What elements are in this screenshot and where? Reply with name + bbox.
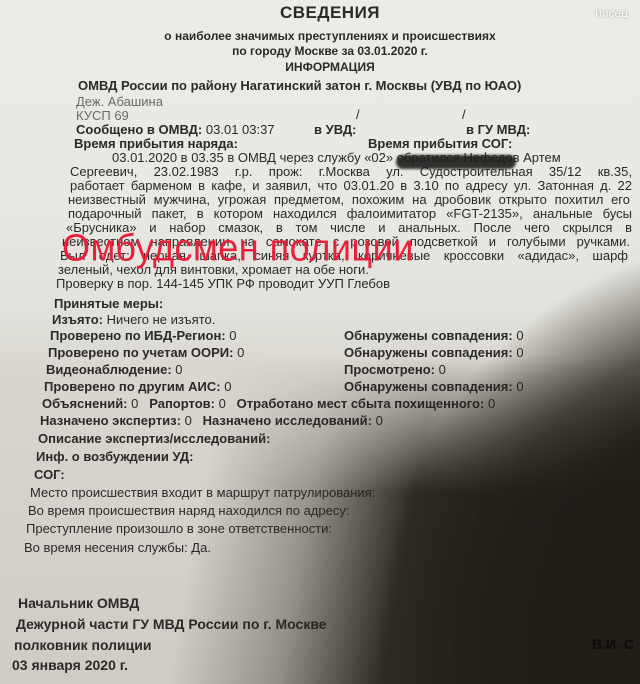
overlay-caption: Омбудсмен полиции [62,227,414,269]
patrol-line: Преступление произошло в зоне ответствен… [26,521,332,536]
reported-omvd-value: 03.01 03:37 [206,122,275,137]
duty-officer: Деж. Абашина [76,94,163,109]
reported-row: Сообщено в ОМВД: 03.01 03:37 [76,122,275,137]
criminal-case-label: Инф. о возбуждении УД: [36,449,194,464]
expertise-value: 0 [185,413,192,428]
report-subtitle-1: о наиболее значимых преступлениях и прои… [0,29,640,44]
counts-row: Объяснений: 0 Рапортов: 0 Отработано мес… [42,396,495,411]
seized-row: Изъято: Ничего не изъято. [52,312,215,327]
signature-rank: полковник полиции [14,638,151,653]
match-row: Обнаружены совпадения: 0 [344,379,524,394]
patrol-line: Во время происшествия наряд находился по… [28,503,349,518]
check-label: Проверено по учетам ООРИ: [48,345,234,360]
expertise-row: Назначено экспертиз: 0 Назначено исследо… [40,413,383,428]
narrative-line: Сергеевич, 23.02.1983 г.р. прож: г.Москв… [70,164,632,179]
reports-label: Рапортов: [149,396,215,411]
check-label: Видеонаблюдение: [46,362,172,377]
match-row: Обнаружены совпадения: 0 [344,345,524,360]
sog-label: СОГ: [34,467,65,482]
match-row: Просмотрено: 0 [344,362,446,377]
match-value: 0 [516,345,523,360]
reported-uvd-label: в УВД: [314,122,357,137]
narrative-line: 03.01.2020 в 03.35 в ОМВД через службу «… [112,150,630,165]
check-row: Видеонаблюдение: 0 [46,362,183,377]
seized-value: Ничего не изъято. [107,312,216,327]
match-value: 0 [439,362,446,377]
expertise-label: Назначено экспертиз: [40,413,181,428]
research-value: 0 [376,413,383,428]
match-label: Обнаружены совпадения: [344,328,513,343]
explanations-value: 0 [131,396,138,411]
patrol-line: Во время несения службы: Да. [24,540,211,555]
department: ОМВД России по району Нагатинский затон … [78,78,521,93]
check-note: Проверку в пор. 144-145 УПК РФ проводит … [56,276,390,291]
research-label: Назначено исследований: [203,413,372,428]
check-value: 0 [224,379,231,394]
check-row: Проверено по ИБД-Регион: 0 [50,328,237,343]
report-subtitle-2: по городу Москве за 03.01.2020 г. [0,44,640,59]
slash-2: / [462,107,466,122]
report-section: ИНФОРМАЦИЯ [0,60,640,75]
reported-gu-mvd-label: в ГУ МВД: [466,122,530,137]
report-title: СВЕДЕНИЯ [0,5,640,20]
expertise-description-label: Описание экспертиз/исследований: [38,431,270,446]
reported-omvd-label: Сообщено в ОМВД: [76,122,202,137]
check-value: 0 [175,362,182,377]
narrative-line: неизвестный мужчина, угрожая предметом, … [68,192,630,207]
match-label: Просмотрено: [344,362,435,377]
signature-department: Дежурной части ГУ МВД России по г. Москв… [16,617,327,632]
match-label: Обнаружены совпадения: [344,345,513,360]
narrative-line: подарочный пакет, в котором находился фа… [68,206,632,221]
places-value: 0 [488,396,495,411]
redaction-mark [396,155,516,169]
patrol-line: Место происшествия входит в маршрут патр… [30,485,375,500]
places-label: Отработано мест сбыта похищенного: [237,396,485,411]
signature-date: 03 января 2020 г. [12,658,128,673]
seized-label: Изъято: [52,312,103,327]
check-label: Проверено по другим АИС: [44,379,221,394]
signature-name: В.И. С [592,637,634,652]
check-row: Проверено по другим АИС: 0 [44,379,231,394]
squad-arrival-label: Время прибытия наряда: [74,136,238,151]
check-label: Проверено по ИБД-Регион: [50,328,226,343]
explanations-label: Объяснений: [42,396,128,411]
sog-arrival-label: Время прибытия СОГ: [368,136,512,151]
narrative-line: работает барменом в кафе, и заявил, что … [70,178,632,193]
match-value: 0 [516,328,523,343]
reports-value: 0 [219,396,226,411]
measures-label: Принятые меры: [54,296,163,311]
slash-1: / [356,107,360,122]
check-value: 0 [237,345,244,360]
watermark: писец [595,6,628,20]
check-row: Проверено по учетам ООРИ: 0 [48,345,244,360]
match-value: 0 [516,379,523,394]
incident-report: СВЕДЕНИЯ о наиболее значимых преступлени… [0,0,640,684]
match-row: Обнаружены совпадения: 0 [344,328,524,343]
signature-title: Начальник ОМВД [18,596,139,611]
check-value: 0 [229,328,236,343]
match-label: Обнаружены совпадения: [344,379,513,394]
kusp-number: КУСП 69 [76,108,129,123]
